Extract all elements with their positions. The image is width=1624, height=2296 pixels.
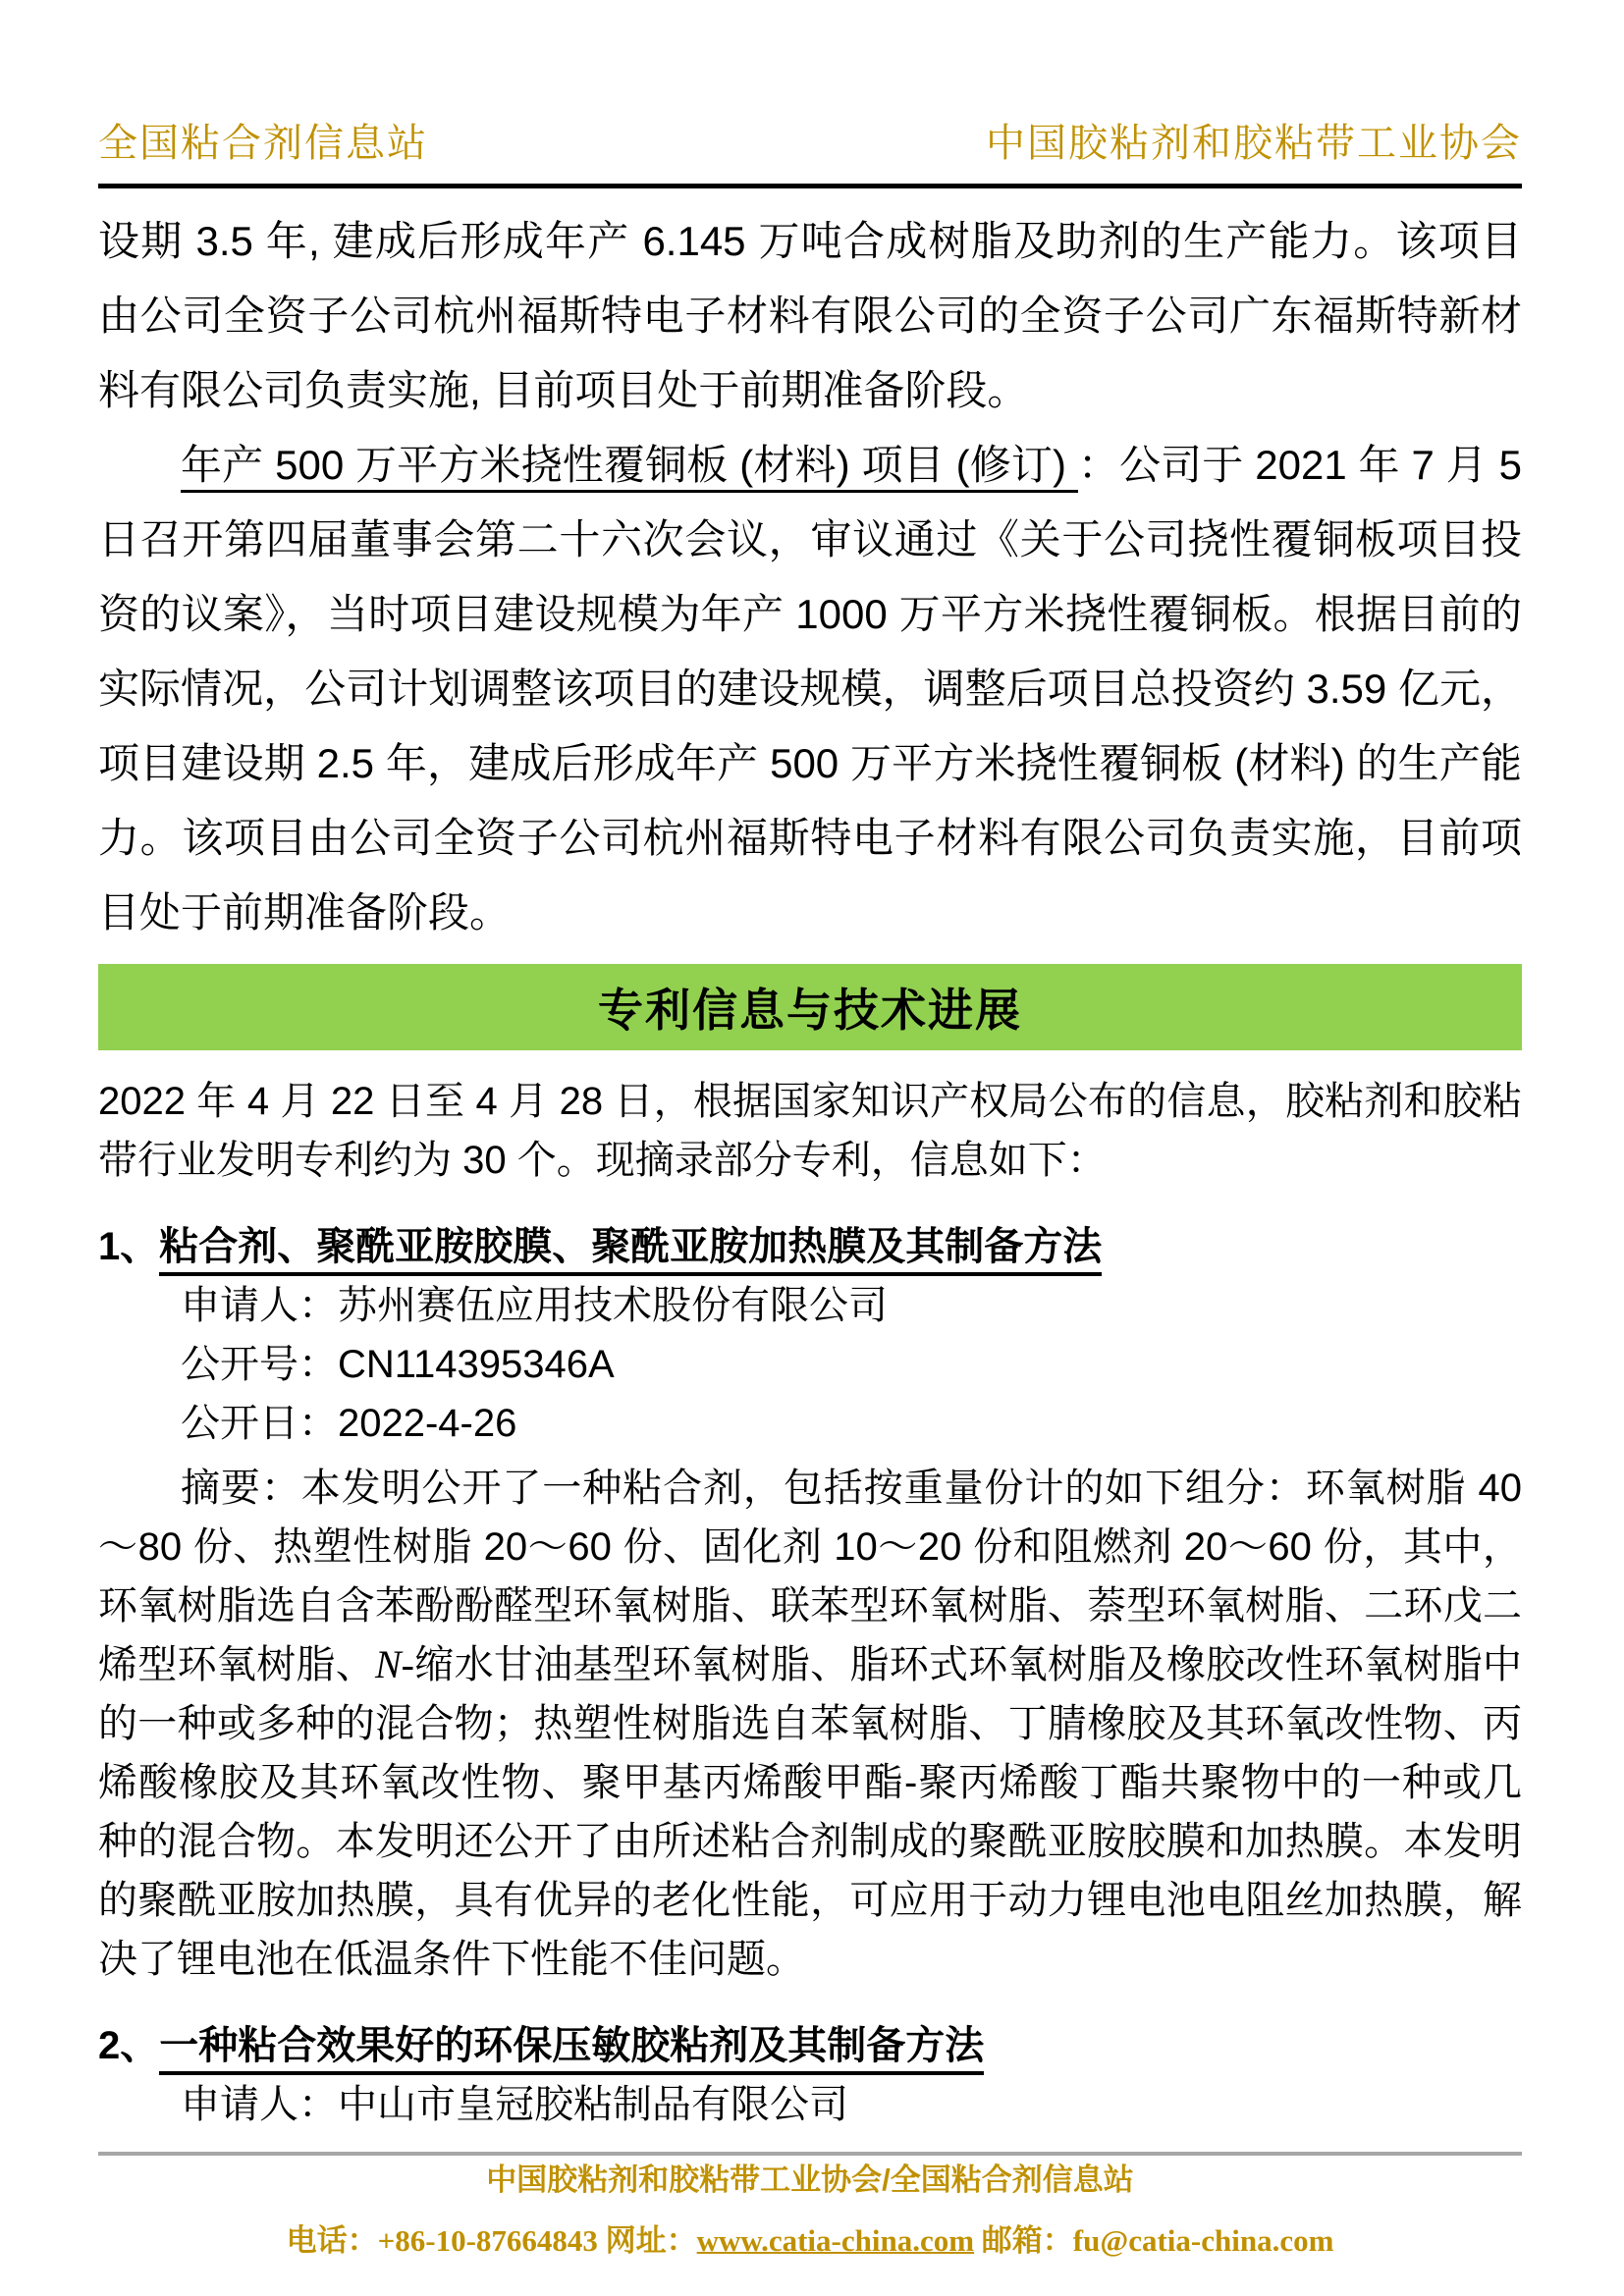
footer-email-text: 邮箱：fu@catia-china.com	[974, 2223, 1333, 2258]
patent-2-title: 一种粘合效果好的环保压敏胶粘剂及其制备方法	[159, 2024, 984, 2075]
section-banner-patents: 专利信息与技术进展	[98, 964, 1522, 1050]
patent-1-abstract: 摘要：本发明公开了一种粘合剂，包括按重量份计的如下组分：环氧树脂 40～80 份…	[98, 1459, 1522, 1989]
patent-1-publication-number-line: 公开号：CN114395346A	[98, 1335, 1522, 1394]
patent-2-applicant-line: 申请人：中山市皇冠胶粘制品有限公司	[98, 2075, 1522, 2134]
patent-2-number: 2、	[98, 2024, 159, 2067]
patent-1-heading: 1、粘合剂、聚酰亚胺胶膜、聚酰亚胺加热膜及其制备方法	[98, 1217, 1522, 1276]
section-banner-title: 专利信息与技术进展	[598, 975, 1022, 1040]
header-right-title: 中国胶粘剂和胶粘带工业协会	[986, 112, 1522, 168]
patent-1-abstract-text-b: 缩水甘油基型环氧树脂、脂环式环氧树脂及橡胶改性环氧树脂中的一种或多种的混合物；热…	[98, 1643, 1522, 1981]
patent-1-abstract-italic-n: N-	[375, 1642, 414, 1686]
footer-contact-line: 电话：+86-10-87664843 网址：www.catia-china.co…	[98, 2224, 1522, 2258]
patent-2-applicant-label: 申请人：	[181, 2083, 338, 2126]
page-header: 全国粘合剂信息站 中国胶粘剂和胶粘带工业协会	[98, 0, 1522, 188]
document-body: 设期 3.5 年, 建成后形成年产 6.145 万吨合成树脂及助剂的生产能力。该…	[98, 204, 1522, 2258]
patent-1-applicant-line: 申请人：苏州赛伍应用技术股份有限公司	[98, 1276, 1522, 1335]
newsletter-page: 全国粘合剂信息站 中国胶粘剂和胶粘带工业协会 设期 3.5 年, 建成后形成年产…	[0, 0, 1624, 2296]
footer-phone-text: 电话：+86-10-87664843 网址：	[287, 2223, 697, 2258]
patent-2-heading: 2、一种粘合效果好的环保压敏胶粘剂及其制备方法	[98, 2016, 1522, 2075]
header-left-title: 全国粘合剂信息站	[98, 112, 428, 168]
project-paragraph-fccl: 年产 500 万平方米挠性覆铜板 (材料) 项目 (修订) ：公司于 2021 …	[98, 428, 1522, 950]
project-title-underlined: 年产 500 万平方米挠性覆铜板 (材料) 项目 (修订)	[181, 442, 1078, 493]
project-paragraph-fccl-text: ：公司于 2021 年 7 月 5 日召开第四届董事会第二十六次会议，审议通过《…	[98, 442, 1522, 935]
patent-1-publication-number-label: 公开号：	[181, 1343, 338, 1386]
patent-1-publication-date-label: 公开日：	[181, 1402, 338, 1445]
patent-1-number: 1、	[98, 1225, 159, 1268]
page-footer: 中国胶粘剂和胶粘带工业协会/全国粘合剂信息站 电话：+86-10-8766484…	[98, 2152, 1522, 2258]
patent-2-applicant-value: 中山市皇冠胶粘制品有限公司	[338, 2083, 848, 2126]
footer-organization-line: 中国胶粘剂和胶粘带工业协会/全国粘合剂信息站	[98, 2163, 1522, 2197]
patent-1-publication-number-value: CN114395346A	[338, 1343, 615, 1386]
patent-1-applicant-label: 申请人：	[181, 1284, 338, 1327]
patent-1-title: 粘合剂、聚酰亚胺胶膜、聚酰亚胺加热膜及其制备方法	[159, 1225, 1102, 1276]
footer-website-link[interactable]: www.catia-china.com	[697, 2223, 974, 2258]
document-page: { "colors": { "accent_gold": "#BF9000", …	[0, 0, 1624, 2296]
project-paragraph-continuation: 设期 3.5 年, 建成后形成年产 6.145 万吨合成树脂及助剂的生产能力。该…	[98, 204, 1522, 428]
patent-section: 2022 年 4 月 22 日至 4 月 28 日，根据国家知识产权局公布的信息…	[98, 1072, 1522, 2134]
patent-1-publication-date-value: 2022-4-26	[338, 1402, 516, 1445]
patent-1-applicant-value: 苏州赛伍应用技术股份有限公司	[338, 1284, 888, 1327]
patent-1-publication-date-line: 公开日：2022-4-26	[98, 1394, 1522, 1453]
patents-intro-paragraph: 2022 年 4 月 22 日至 4 月 28 日，根据国家知识产权局公布的信息…	[98, 1072, 1522, 1190]
